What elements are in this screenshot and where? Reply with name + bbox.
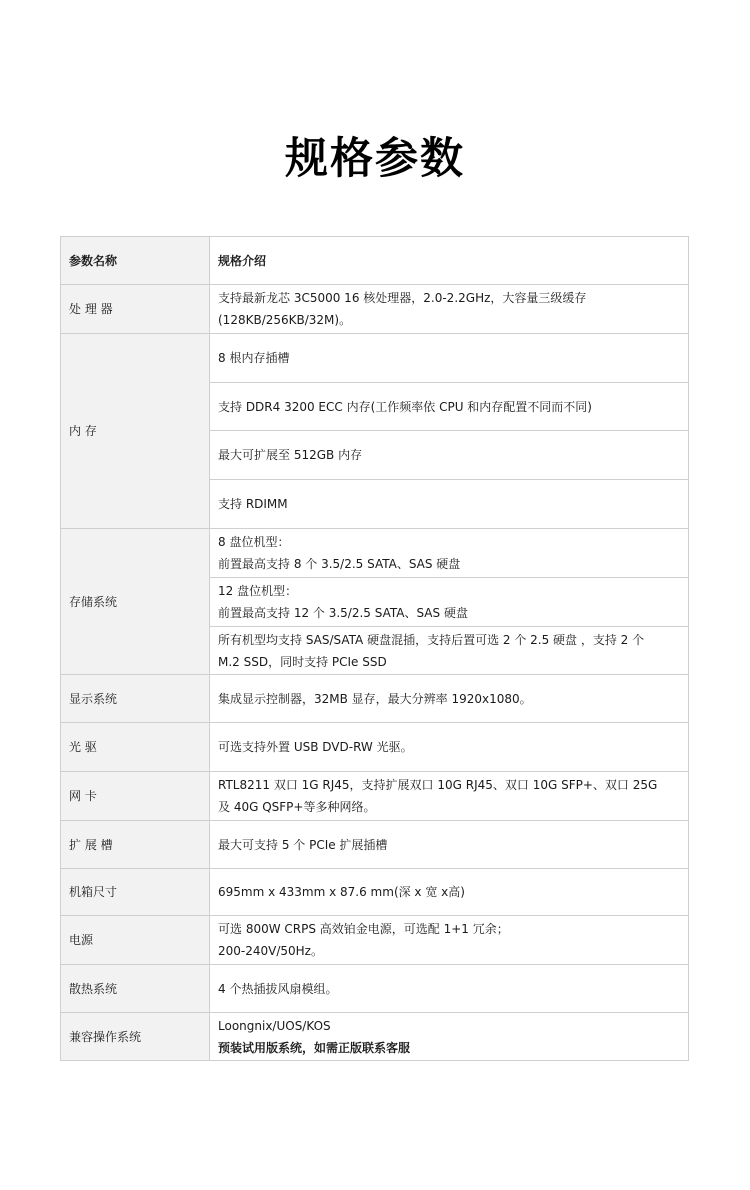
table-row-storage: 存储系统 8 盘位机型： 前置最高支持 8 个 3.5/2.5 SATA、SAS… [61, 529, 689, 578]
table-row-memory: 内 存 8 根内存插槽 [61, 334, 689, 383]
row-label: 显示系统 [61, 675, 210, 723]
row-value: 集成显示控制器，32MB 显存，最大分辨率 1920x1080。 [210, 675, 689, 723]
value-line: (128KB/256KB/32M)。 [218, 309, 680, 331]
page-title: 规格参数 [0, 129, 750, 189]
row-label: 网 卡 [61, 772, 210, 821]
row-label: 处 理 器 [61, 285, 210, 334]
value-line: 所有机型均支持 SAS/SATA 硬盘混插，支持后置可选 2 个 2.5 硬盘 … [218, 629, 680, 651]
header-param-name: 参数名称 [61, 237, 210, 285]
row-value: 支持最新龙芯 3C5000 16 核处理器，2.0-2.2GHz，大容量三级缓存… [210, 285, 689, 334]
table-row-display: 显示系统 集成显示控制器，32MB 显存，最大分辨率 1920x1080。 [61, 675, 689, 723]
value-line: 12 盘位机型： [218, 580, 680, 602]
value-line: Loongnix/UOS/KOS [218, 1015, 680, 1037]
row-value: 可选支持外置 USB DVD-RW 光驱。 [210, 723, 689, 772]
header-spec: 规格介绍 [210, 237, 689, 285]
row-label: 扩 展 槽 [61, 821, 210, 869]
row-value: RTL8211 双口 1G RJ45，支持扩展双口 10G RJ45、双口 10… [210, 772, 689, 821]
value-line: 可选 800W CRPS 高效铂金电源，可选配 1+1 冗余； [218, 918, 680, 940]
row-value: 可选 800W CRPS 高效铂金电源，可选配 1+1 冗余； 200-240V… [210, 916, 689, 965]
table-header-row: 参数名称 规格介绍 [61, 237, 689, 285]
row-label: 存储系统 [61, 529, 210, 675]
row-value: 4 个热插拔风扇模组。 [210, 965, 689, 1013]
value-line: 前置最高支持 12 个 3.5/2.5 SATA、SAS 硬盘 [218, 602, 680, 624]
table-row-cooling: 散热系统 4 个热插拔风扇模组。 [61, 965, 689, 1013]
row-label: 散热系统 [61, 965, 210, 1013]
row-value: 8 根内存插槽 [210, 334, 689, 383]
row-label: 兼容操作系统 [61, 1013, 210, 1061]
row-value: 8 盘位机型： 前置最高支持 8 个 3.5/2.5 SATA、SAS 硬盘 [210, 529, 689, 578]
row-value: 支持 RDIMM [210, 480, 689, 529]
table-row-cpu: 处 理 器 支持最新龙芯 3C5000 16 核处理器，2.0-2.2GHz，大… [61, 285, 689, 334]
table-row-chassis: 机箱尺寸 695mm x 433mm x 87.6 mm(深 x 宽 x高) [61, 869, 689, 916]
table-row-os: 兼容操作系统 Loongnix/UOS/KOS 预装试用版系统，如需正版联系客服 [61, 1013, 689, 1061]
value-line: RTL8211 双口 1G RJ45，支持扩展双口 10G RJ45、双口 10… [218, 774, 680, 796]
table-row-expansion: 扩 展 槽 最大可支持 5 个 PCIe 扩展插槽 [61, 821, 689, 869]
row-value: 695mm x 433mm x 87.6 mm(深 x 宽 x高) [210, 869, 689, 916]
value-line: 及 40G QSFP+等多种网络。 [218, 796, 680, 818]
spec-table: 参数名称 规格介绍 处 理 器 支持最新龙芯 3C5000 16 核处理器，2.… [60, 236, 689, 1061]
value-line: 支持最新龙芯 3C5000 16 核处理器，2.0-2.2GHz，大容量三级缓存 [218, 287, 680, 309]
value-line: 200-240V/50Hz。 [218, 940, 680, 962]
table-row-power: 电源 可选 800W CRPS 高效铂金电源，可选配 1+1 冗余； 200-2… [61, 916, 689, 965]
value-line: 8 盘位机型： [218, 531, 680, 553]
row-label: 光 驱 [61, 723, 210, 772]
value-line: 预装试用版系统，如需正版联系客服 [218, 1037, 680, 1059]
row-value: 最大可扩展至 512GB 内存 [210, 431, 689, 480]
table-row-nic: 网 卡 RTL8211 双口 1G RJ45，支持扩展双口 10G RJ45、双… [61, 772, 689, 821]
value-line: M.2 SSD，同时支持 PCIe SSD [218, 651, 680, 673]
row-label: 内 存 [61, 334, 210, 529]
row-value: 12 盘位机型： 前置最高支持 12 个 3.5/2.5 SATA、SAS 硬盘 [210, 578, 689, 627]
row-value: Loongnix/UOS/KOS 预装试用版系统，如需正版联系客服 [210, 1013, 689, 1061]
table-row-optical: 光 驱 可选支持外置 USB DVD-RW 光驱。 [61, 723, 689, 772]
row-label: 机箱尺寸 [61, 869, 210, 916]
row-value: 所有机型均支持 SAS/SATA 硬盘混插，支持后置可选 2 个 2.5 硬盘 … [210, 627, 689, 675]
row-value: 最大可支持 5 个 PCIe 扩展插槽 [210, 821, 689, 869]
row-value: 支持 DDR4 3200 ECC 内存(工作频率依 CPU 和内存配置不同而不同… [210, 383, 689, 431]
value-line: 前置最高支持 8 个 3.5/2.5 SATA、SAS 硬盘 [218, 553, 680, 575]
row-label: 电源 [61, 916, 210, 965]
